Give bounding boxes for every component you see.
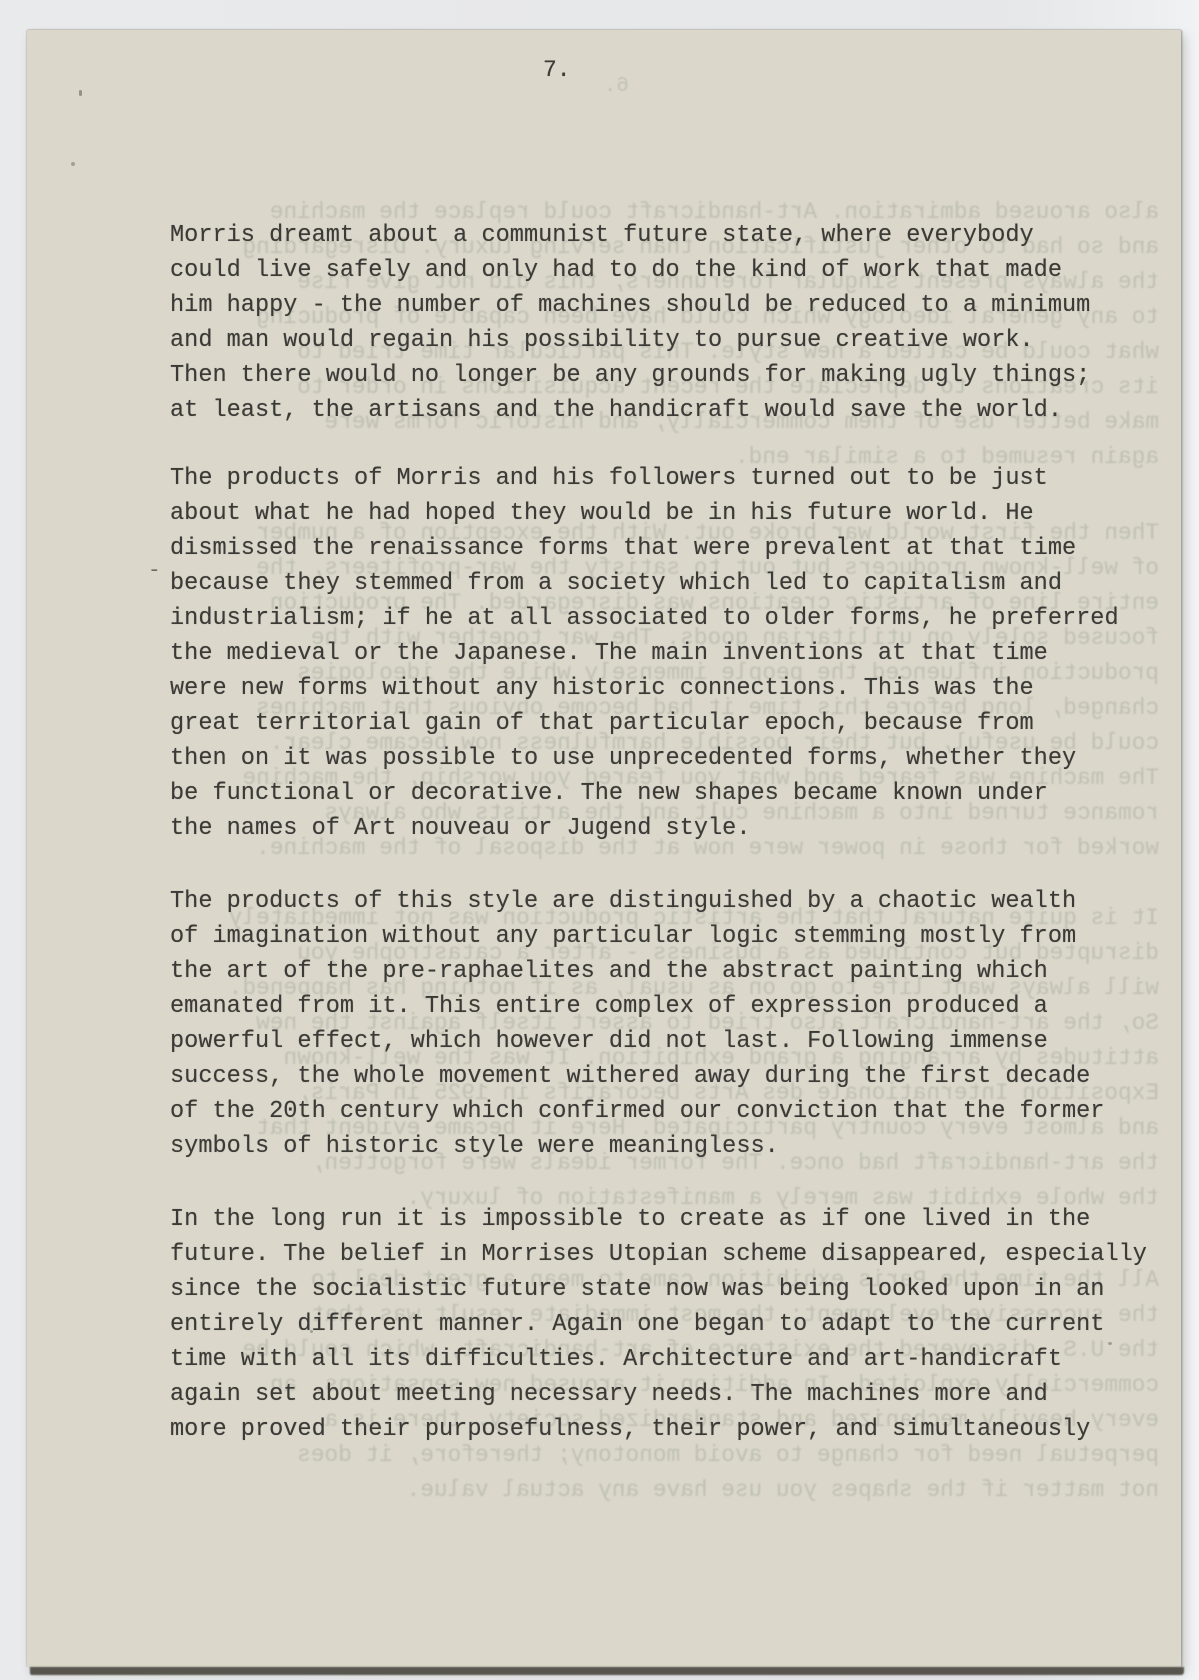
bleedthrough-page-number: 6.	[569, 75, 629, 98]
paragraph: The products of this style are distingui…	[170, 884, 1182, 1164]
page-number: 7.	[543, 55, 571, 85]
scanner-background: 6. also aroused admiration. Art-handicra…	[0, 0, 1199, 1680]
paper-speck	[310, 1330, 313, 1333]
paper-speck	[71, 162, 75, 166]
margin-annotation-mark: -	[148, 554, 161, 589]
paragraph: In the long run it is impossible to crea…	[170, 1202, 1182, 1447]
paper-speck	[1108, 1342, 1112, 1345]
document-page: 6. also aroused admiration. Art-handicra…	[27, 30, 1181, 1667]
paragraph: Morris dreamt about a communist future s…	[170, 218, 1182, 428]
paper-speck	[79, 90, 82, 96]
paragraph: The products of Morris and his followers…	[170, 461, 1182, 846]
